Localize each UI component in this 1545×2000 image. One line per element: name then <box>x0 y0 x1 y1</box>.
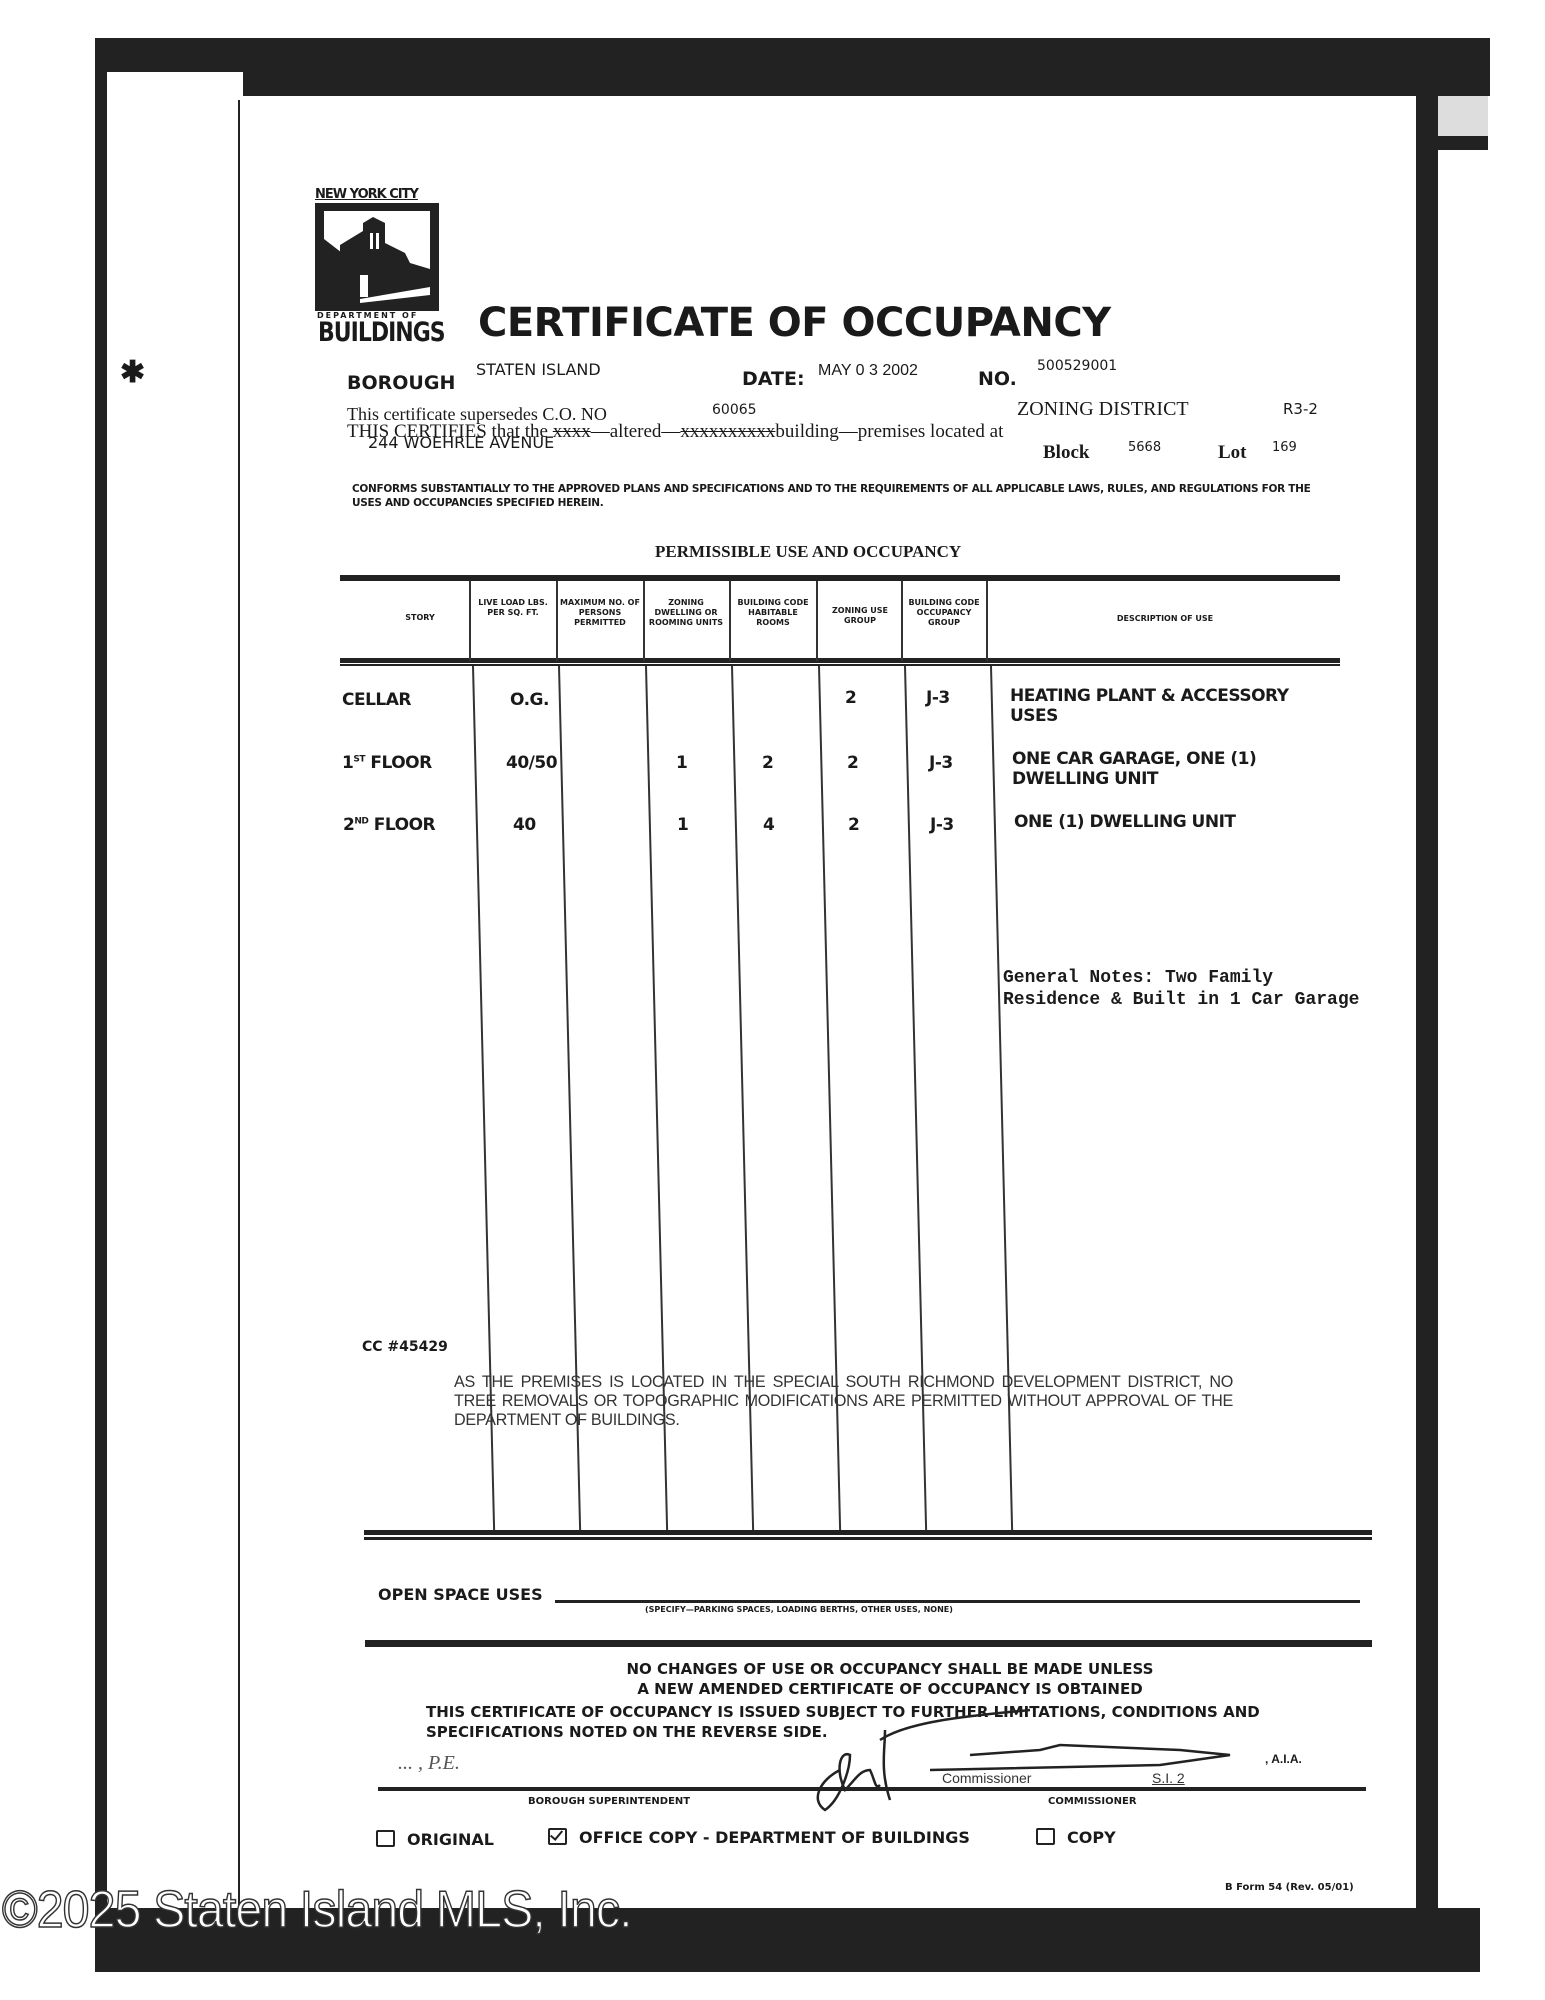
general-notes: General Notes: Two Family Residence & Bu… <box>1003 967 1373 1011</box>
section-rule <box>365 1640 1372 1647</box>
col-divider <box>901 581 903 661</box>
building-logo-icon <box>315 203 439 311</box>
commissioner-suffix: , A.I.A. <box>1265 1752 1302 1766</box>
commissioner-printed: Commissioner <box>942 1770 1031 1786</box>
logo-bottom-text: BUILDINGS <box>318 318 445 348</box>
commissioner-label: COMMISSIONER <box>1048 1796 1137 1807</box>
row-1st-floor-habitable-rooms: 2 <box>762 753 773 773</box>
scan-tab <box>107 72 243 112</box>
row-cellar-occupancy-group: J-3 <box>926 688 950 708</box>
lot-label: Lot <box>1218 442 1247 464</box>
col-header-occupancy-group: BUILDING CODE OCCUPANCY GROUP <box>905 598 983 628</box>
open-space-hint: (SPECIFY—PARKING SPACES, LOADING BERTHS,… <box>645 1605 953 1614</box>
row-2nd-floor-dwelling-units: 1 <box>677 815 688 835</box>
copy-option-original[interactable]: ORIGINAL <box>376 1830 494 1849</box>
story-ordinal: ST <box>353 754 365 764</box>
date-label: DATE: <box>742 368 805 390</box>
checkbox-office-copy[interactable] <box>548 1828 567 1845</box>
row-2nd-floor-story: 2ND FLOOR <box>343 815 435 835</box>
row-2nd-floor-habitable-rooms: 4 <box>763 815 774 835</box>
special-district-note: AS THE PREMISES IS LOCATED IN THE SPECIA… <box>454 1372 1233 1429</box>
certifies-post: building—premises located at <box>775 421 1003 442</box>
checkbox-copy[interactable] <box>1036 1828 1055 1845</box>
copy-option-label: COPY <box>1067 1828 1116 1847</box>
col-divider <box>556 581 558 661</box>
row-1st-floor-dwelling-units: 1 <box>676 753 687 773</box>
col-divider <box>469 581 471 661</box>
table-title: PERMISSIBLE USE AND OCCUPANCY <box>655 542 961 562</box>
row-cellar-description: HEATING PLANT & ACCESSORY USES <box>1010 686 1300 726</box>
col-header-live-load: LIVE LOAD LBS. PER SQ. FT. <box>474 598 552 618</box>
zoning-district-value: R3-2 <box>1283 400 1318 418</box>
story-num: 2 <box>343 815 354 835</box>
commissioner-office: S.I. 2 <box>1152 1770 1185 1786</box>
nyc-dob-logo <box>315 203 439 311</box>
checkbox-original[interactable] <box>376 1830 395 1847</box>
col-divider <box>729 581 731 661</box>
borough-label: BOROUGH <box>347 372 455 394</box>
block-value: 5668 <box>1128 440 1161 455</box>
certifies-struck-new: xxxx <box>553 421 591 442</box>
col-header-dwelling-units: ZONING DWELLING OR ROOMING UNITS <box>646 598 726 628</box>
row-2nd-floor-description: ONE (1) DWELLING UNIT <box>1014 812 1304 832</box>
row-1st-floor-live-load: 40/50 <box>506 753 557 773</box>
col-header-use-group: ZONING USE GROUP <box>822 606 898 626</box>
premises-address: 244 WOEHRLE AVENUE <box>368 433 554 452</box>
copy-option-label: OFFICE COPY - DEPARTMENT OF BUILDINGS <box>579 1828 970 1847</box>
table-header-bottom-rule <box>340 658 1340 663</box>
row-cellar-live-load: O.G. <box>510 690 549 710</box>
table-bottom-rule <box>364 1530 1372 1535</box>
row-1st-floor-story: 1ST FLOOR <box>342 753 432 773</box>
copy-option-office[interactable]: OFFICE COPY - DEPARTMENT OF BUILDINGS <box>548 1828 970 1847</box>
col-header-story: STORY <box>385 613 455 623</box>
certifies-struck-existing: xxxxxxxxxx <box>680 421 775 442</box>
story-rest: FLOOR <box>365 753 432 773</box>
scan-frame-right <box>1416 96 1438 1921</box>
row-2nd-floor-use-group: 2 <box>848 815 859 835</box>
logo-top-text: NEW YORK CITY <box>315 187 418 202</box>
superintendent-label: BOROUGH SUPERINTENDENT <box>528 1796 690 1807</box>
signature-line <box>378 1787 1366 1791</box>
row-1st-floor-use-group: 2 <box>847 753 858 773</box>
form-number: B Form 54 (Rev. 05/01) <box>1225 1882 1354 1893</box>
row-1st-floor-description: ONE CAR GARAGE, ONE (1) DWELLING UNIT <box>1012 749 1302 789</box>
open-space-field <box>555 1582 1360 1603</box>
copyright-watermark: ©2025 Staten Island MLS, Inc. <box>2 1880 632 1940</box>
date-value: MAY 0 3 2002 <box>818 362 918 380</box>
copy-option-label: ORIGINAL <box>407 1830 494 1849</box>
certificate-no-label: NO. <box>978 368 1017 390</box>
notice-line-1: NO CHANGES OF USE OR OCCUPANCY SHALL BE … <box>400 1660 1380 1678</box>
conforms-statement: CONFORMS SUBSTANTIALLY TO THE APPROVED P… <box>352 482 1332 510</box>
cc-number: CC #45429 <box>362 1339 448 1355</box>
story-num: 1 <box>342 753 353 773</box>
scan-frame-top <box>98 38 1490 96</box>
table-top-rule <box>340 575 1340 581</box>
row-1st-floor-occupancy-group: J-3 <box>929 753 953 773</box>
col-header-habitable-rooms: BUILDING CODE HABITABLE ROOMS <box>733 598 813 628</box>
certificate-no-value: 500529001 <box>1037 358 1117 374</box>
story-rest: FLOOR <box>368 815 435 835</box>
scan-frame-left <box>95 38 107 1968</box>
row-2nd-floor-live-load: 40 <box>513 815 536 835</box>
scan-smudge <box>1432 96 1488 136</box>
col-header-description: DESCRIPTION OF USE <box>1000 614 1330 624</box>
superintendent-signature: ... , P.E. <box>398 1752 460 1775</box>
copy-option-copy[interactable]: COPY <box>1036 1828 1116 1847</box>
table-bottom-rule-2 <box>364 1537 1372 1540</box>
open-space-label: OPEN SPACE USES <box>378 1585 543 1604</box>
row-cellar-story: CELLAR <box>342 690 411 710</box>
table-header-bottom-rule-2 <box>340 664 1340 666</box>
row-cellar-use-group: 2 <box>845 688 856 708</box>
col-divider <box>816 581 818 661</box>
lot-value: 169 <box>1272 440 1297 455</box>
borough-value: STATEN ISLAND <box>476 360 601 379</box>
row-2nd-floor-occupancy-group: J-3 <box>930 815 954 835</box>
col-divider <box>986 581 988 661</box>
col-header-max-persons: MAXIMUM NO. OF PERSONS PERMITTED <box>560 598 640 628</box>
story-ordinal: ND <box>354 816 368 826</box>
col-divider <box>643 581 645 661</box>
asterisk-mark: ✱ <box>120 355 145 390</box>
block-label: Block <box>1043 442 1089 464</box>
certificate-title: CERTIFICATE OF OCCUPANCY <box>478 300 1111 346</box>
supersedes-value: 60065 <box>712 402 757 418</box>
zoning-district-label: ZONING DISTRICT <box>1017 398 1189 421</box>
certifies-altered: —altered— <box>591 421 681 442</box>
